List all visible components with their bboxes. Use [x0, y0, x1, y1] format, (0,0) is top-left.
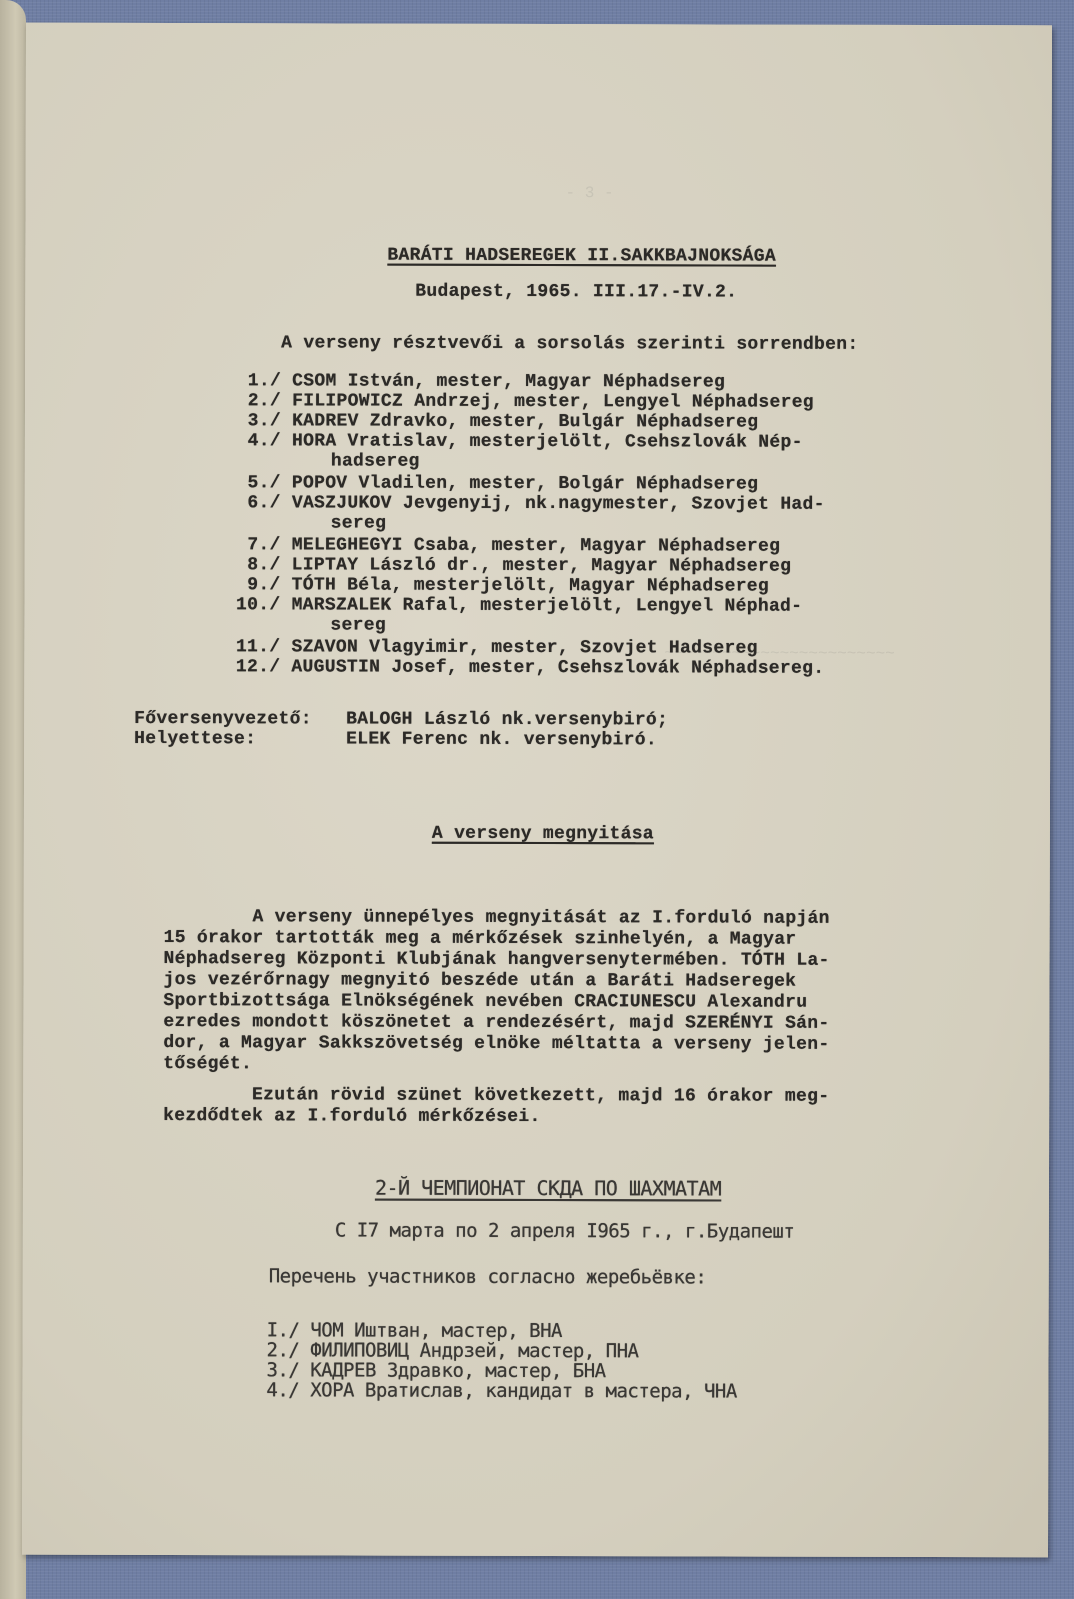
paragraph-line: kezdődtek az I.forduló mérkőzései.: [163, 1106, 541, 1127]
russian-subtitle: С I7 марта по 2 апреля I965 г., г.Будапе…: [335, 1219, 794, 1242]
list-item: 1./ CSOM István, mester, Magyar Néphadse…: [231, 371, 725, 392]
paragraph-line: Ezután rövid szünet következett, majd 16…: [163, 1085, 829, 1107]
russian-title: 2-Й ЧЕМПИОНАТ СКДА ПО ШАХМАТАМ: [375, 1176, 721, 1201]
list-item-continuation: sereg: [331, 513, 387, 533]
document-title: BARÁTI HADSEREGEK II.SAKKBAJNOKSÁGA: [387, 246, 776, 267]
paragraph-line: A verseny ünnepélyes megnyitását az I.fo…: [164, 907, 830, 929]
list-item: 11./ SZAVON Vlagyimir, mester, Szovjet H…: [230, 637, 757, 658]
officials: Főversenyvezető:BALOGH László nk.verseny…: [26, 23, 1052, 26]
participant-list: 1./ CSOM István, mester, Magyar Néphadse…: [26, 23, 1052, 26]
document-page: - 3 - ~~~~~~~~~~~~~~~~~~~~~~~~ BARÁTI HA…: [22, 23, 1052, 1558]
paragraph-line: 15 órakor tartották meg a mérkőzések szi…: [164, 928, 797, 950]
list-item: 12./ AUGUSTIN Josef, mester, Csehszlovák…: [230, 657, 824, 679]
section-title-opening: A verseny megnyitása: [432, 824, 654, 845]
russian-intro: Перечень участников согласно жеребьёвке:: [269, 1265, 707, 1288]
list-item: 7./ MELEGHEGYI Csaba, mester, Magyar Nép…: [231, 535, 781, 556]
list-item: 9./ TÓTH Béla, mesterjelölt, Magyar Néph…: [231, 575, 770, 596]
paragraph-line: jos vezérőrnagy megnyitó beszéde után a …: [163, 970, 796, 992]
paragraph-line: Sportbizottsága Elnökségének nevében CRA…: [163, 991, 807, 1013]
official-row: Helyettese:ELEK Ferenc nk. versenybiró.: [134, 729, 657, 750]
list-item: 10./ MARSZALEK Rafal, mesterjelölt, Leng…: [230, 595, 802, 616]
document-subtitle: Budapest, 1965. III.17.-IV.2.: [415, 282, 737, 303]
paragraph-line: Néphadsereg Központi Klubjának hangverse…: [164, 949, 830, 971]
list-item: 2./ FILIPOWICZ Andrzej, mester, Lengyel …: [231, 391, 814, 413]
paragraph-line: ezredes mondott köszönetet a rendezésért…: [163, 1012, 829, 1034]
list-item: 4./ ХОРА Вратислав, кандидат в мастера, …: [266, 1379, 736, 1402]
list-item: 4./ HORA Vratislav, mesterjelölt, Csehsz…: [231, 431, 803, 452]
list-item-continuation: hadsereg: [331, 451, 420, 471]
russian-participant-list: I./ ЧОМ Иштван, мастер, ВНА 2./ ФИЛИПОВИ…: [26, 23, 1052, 26]
list-item: 3./ KADREV Zdravko, mester, Bulgár Népha…: [231, 411, 758, 432]
opening-paragraph: A verseny ünnepélyes megnyitását az I.fo…: [26, 23, 1052, 26]
show-through-page-number: - 3 -: [566, 184, 614, 202]
second-paragraph: Ezután rövid szünet következett, majd 16…: [26, 23, 1052, 26]
paragraph-line: dor, a Magyar Sakkszövetség elnöke mélta…: [163, 1033, 829, 1055]
list-item: 5./ POPOV Vladilen, mester, Bolgár Népha…: [231, 473, 758, 494]
official-row: Főversenyvezető:BALOGH László nk.verseny…: [134, 709, 668, 730]
paragraph-line: tőségét.: [163, 1054, 252, 1074]
list-item-continuation: sereg: [330, 615, 386, 635]
participants-intro: A verseny résztvevői a sorsolás szerinti…: [281, 333, 858, 355]
list-item: 6./ VASZJUKOV Jevgenyij, nk.nagymester, …: [231, 493, 825, 515]
list-item: 8./ LIPTAY László dr., mester, Magyar Né…: [231, 555, 792, 576]
